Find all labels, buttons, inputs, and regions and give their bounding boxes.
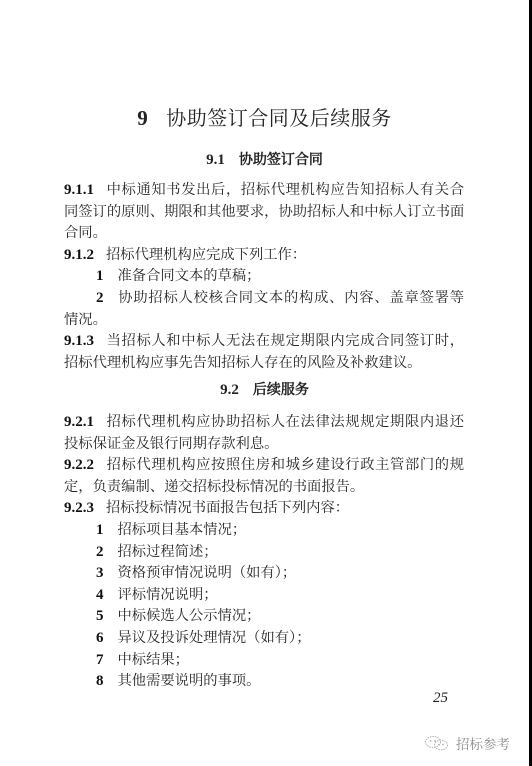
list-item: 8其他需要说明的事项。 [64, 671, 464, 693]
section-body-9-1: 9.1.1中标通知书发出后，招标代理机构应告知招标人有关合 同签订的原则、期限和… [64, 180, 464, 374]
item-text: 中标候选人公示情况； [118, 608, 261, 624]
item-text: 异议及投诉处理情况（如有）； [118, 630, 311, 646]
clause-line: 投标保证金及银行同期存款利息。 [64, 434, 464, 456]
chapter-number: 9 [137, 106, 148, 130]
document-page: 9协助签订合同及后续服务 9.1协助签订合同 9.1.1中标通知书发出后，招标代… [0, 0, 529, 766]
clause-number: 9.2.3 [64, 500, 94, 516]
list-item: 7中标结果； [64, 650, 464, 672]
clause-9-1-1: 9.1.1中标通知书发出后，招标代理机构应告知招标人有关合 [64, 180, 464, 202]
item-number: 3 [96, 565, 104, 581]
section-number: 9.2 [220, 382, 239, 398]
clause-9-1-3: 9.1.3当招标人和中标人无法在规定期限内完成合同签订时， [64, 331, 464, 353]
item-number: 1 [96, 522, 104, 538]
clause-text: 招标投标情况书面报告包括下列内容： [106, 500, 349, 516]
clause-line: 合同。 [64, 223, 464, 245]
wechat-icon [424, 735, 450, 751]
section-number: 9.1 [206, 152, 225, 168]
page-number: 25 [433, 690, 448, 707]
item-number: 5 [96, 608, 104, 624]
list-item: 1准备合同文本的草稿； [64, 266, 464, 288]
item-text: 招标项目基本情况； [118, 522, 247, 538]
item-number: 4 [96, 587, 104, 603]
clause-text: 招标代理机构应协助招标人在法律法规规定期限内退还 [106, 414, 464, 430]
section-title-text: 后续服务 [253, 382, 309, 398]
clause-9-2-3: 9.2.3招标投标情况书面报告包括下列内容： [64, 498, 464, 520]
item-text: 评标情况说明； [118, 587, 218, 603]
item-text: 中标结果； [118, 652, 189, 668]
item-number: 6 [96, 630, 104, 646]
clause-line: 同签订的原则、期限和其他要求，协助招标人和中标人订立书面 [64, 202, 464, 224]
item-text: 招标过程简述； [118, 544, 218, 560]
item-text: 资格预审情况说明（如有）； [118, 565, 297, 581]
item-number: 1 [96, 268, 104, 284]
item-text: 其他需要说明的事项。 [118, 673, 261, 689]
clause-9-2-1: 9.2.1招标代理机构应协助招标人在法律法规规定期限内退还 [64, 412, 464, 434]
clause-text: 招标代理机构应按照住房和城乡建设行政主管部门的规 [106, 457, 464, 473]
list-item: 5中标候选人公示情况； [64, 606, 464, 628]
list-item: 6异议及投诉处理情况（如有）； [64, 628, 464, 650]
section-title-text: 协助签订合同 [239, 152, 323, 168]
clause-text: 中标通知书发出后，招标代理机构应告知招标人有关合 [106, 182, 464, 198]
list-item: 1招标项目基本情况； [64, 520, 464, 542]
list-item: 3资格预审情况说明（如有）； [64, 563, 464, 585]
list-item: 2招标过程简述； [64, 542, 464, 564]
list-item: 2协助招标人校核合同文本的构成、内容、盖章签署等 [64, 288, 464, 310]
watermark: 招标参考 [424, 732, 510, 754]
item-text: 准备合同文本的草稿； [118, 268, 261, 284]
item-number: 2 [96, 290, 104, 306]
clause-number: 9.2.2 [64, 457, 94, 473]
clause-number: 9.2.1 [64, 414, 94, 430]
watermark-text: 招标参考 [456, 733, 510, 753]
item-text: 协助招标人校核合同文本的构成、内容、盖章签署等 [118, 290, 465, 306]
chapter-title: 9协助签订合同及后续服务 [0, 104, 529, 132]
clause-text: 招标代理机构应完成下列工作： [106, 247, 306, 263]
chapter-title-text: 协助签订合同及后续服务 [166, 106, 392, 130]
clause-number: 9.1.3 [64, 333, 94, 349]
section-title-9-2: 9.2后续服务 [0, 380, 529, 400]
clause-line: 定，负责编制、递交招标投标情况的书面报告。 [64, 477, 464, 499]
section-title-9-1: 9.1协助签订合同 [0, 150, 529, 170]
item-number: 7 [96, 652, 104, 668]
section-body-9-2: 9.2.1招标代理机构应协助招标人在法律法规规定期限内退还 投标保证金及银行同期… [64, 412, 464, 693]
list-item: 4评标情况说明； [64, 585, 464, 607]
clause-text: 当招标人和中标人无法在规定期限内完成合同签订时， [106, 333, 464, 349]
clause-line: 招标代理机构应事先告知招标人存在的风险及补救建议。 [64, 353, 464, 375]
clause-number: 9.1.2 [64, 247, 94, 263]
item-number: 8 [96, 673, 104, 689]
item-number: 2 [96, 544, 104, 560]
clause-number: 9.1.1 [64, 182, 94, 198]
item-continuation: 情况。 [64, 310, 464, 332]
clause-9-2-2: 9.2.2招标代理机构应按照住房和城乡建设行政主管部门的规 [64, 455, 464, 477]
clause-9-1-2: 9.1.2招标代理机构应完成下列工作： [64, 245, 464, 267]
